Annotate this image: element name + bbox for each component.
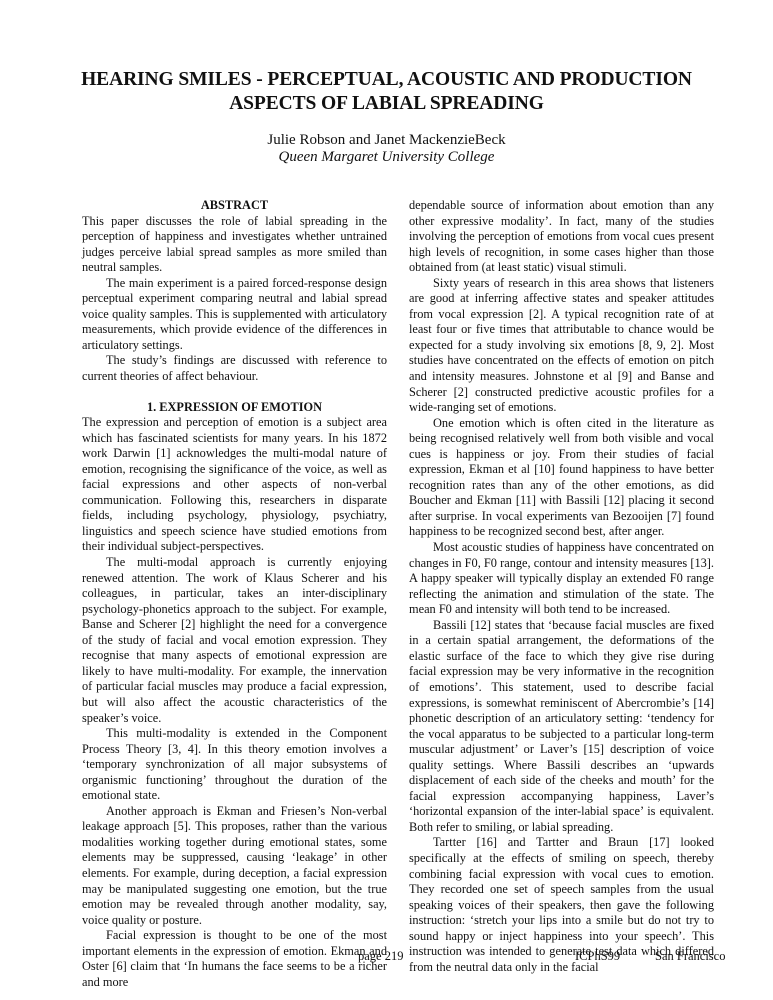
body-paragraph: The multi-modal approach is currently en… [82,555,387,726]
body-paragraph: Bassili [12] states that ‘because facial… [409,618,714,836]
conference-name: ICPhS99 [575,948,620,964]
abstract-paragraph: This paper discusses the role of labial … [82,214,387,276]
abstract-paragraph: The main experiment is a paired forced-r… [82,276,387,354]
body-paragraph: The expression and perception of emotion… [82,415,387,555]
paper-title: HEARING SMILES - PERCEPTUAL, ACOUSTIC AN… [60,68,713,116]
right-column: dependable source of information about e… [409,198,714,975]
body-paragraph: Sixty years of research in this area sho… [409,276,714,416]
body-paragraph: One emotion which is often cited in the … [409,416,714,540]
conference-location: San Francisco [655,948,725,964]
section-heading: 1. EXPRESSION OF EMOTION [82,400,387,416]
abstract-heading: ABSTRACT [82,198,387,214]
left-column: ABSTRACT This paper discusses the role o… [82,198,387,990]
body-paragraph: Another approach is Ekman and Friesen’s … [82,804,387,928]
abstract-paragraph: The study’s findings are discussed with … [82,353,387,384]
body-paragraph: dependable source of information about e… [409,198,714,276]
body-paragraph: Facial expression is thought to be one o… [82,928,387,990]
page-number: page 219 [358,948,403,964]
title-line-1: HEARING SMILES - PERCEPTUAL, ACOUSTIC AN… [60,68,713,92]
body-paragraph: This multi-modality is extended in the C… [82,726,387,804]
body-paragraph: Most acoustic studies of happiness have … [409,540,714,618]
affiliation: Queen Margaret University College [60,148,713,167]
title-line-2: ASPECTS OF LABIAL SPREADING [60,92,713,116]
